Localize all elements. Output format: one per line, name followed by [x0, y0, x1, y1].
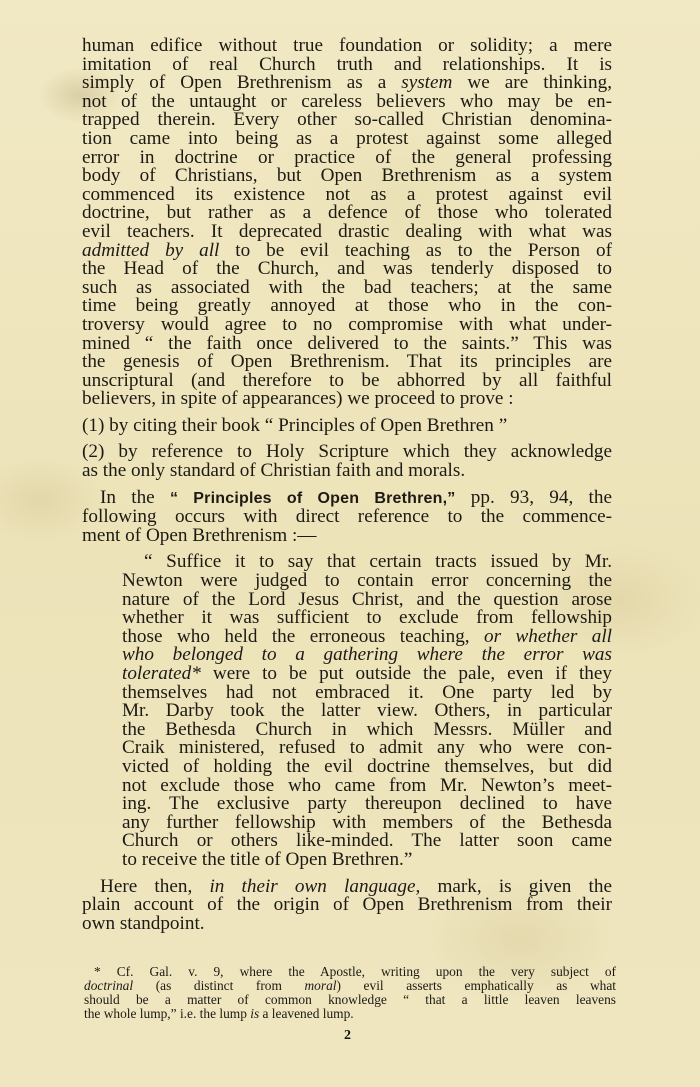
text-line: the Head of the Church, and was tenderly…	[82, 260, 612, 279]
text-line: Newton were judged to contain error conc…	[122, 572, 612, 591]
text-line: the whole lump,” i.e. the lump is a leav…	[84, 1007, 616, 1021]
text-line: believers, in spite of appearances) we p…	[82, 390, 612, 409]
text-line: as the only standard of Christian faith …	[82, 462, 612, 481]
text-line: ing. The exclusive party thereupon decli…	[122, 795, 612, 814]
list-item-2: (2) by reference to Holy Scripture which…	[82, 443, 612, 480]
text-line: own standpoint.	[82, 915, 612, 934]
page-number: 2	[344, 1028, 351, 1044]
scanned-page: human edifice without true foundation or…	[0, 0, 700, 1087]
body-text: human edifice without true foundation or…	[82, 37, 612, 933]
text-line: * Cf. Gal. v. 9, where the Apostle, writ…	[84, 965, 616, 979]
text-line: plain account of the origin of Open Bret…	[82, 896, 612, 915]
text-line: ment of Open Brethrenism :—	[82, 527, 612, 546]
text-line: tolerated* were to be put outside the pa…	[122, 665, 612, 684]
paragraph-intro: human edifice without true foundation or…	[82, 37, 612, 409]
paragraph-conclusion: Here then, in their own language, mark, …	[82, 878, 612, 934]
paragraph-citation-intro: In the “ Principles of Open Brethren,” p…	[82, 489, 612, 546]
text-line: (1) by citing their book “ Principles of…	[82, 417, 612, 436]
footnote: * Cf. Gal. v. 9, where the Apostle, writ…	[84, 965, 616, 1021]
text-line: to receive the title of Open Brethren.”	[122, 851, 612, 870]
block-quote: “ Suffice it to say that certain tracts …	[122, 553, 612, 869]
text-line: simply of Open Brethrenism as a system w…	[82, 74, 612, 93]
text-line: victed of holding the evil doctrine them…	[122, 758, 612, 777]
text-line: the genesis of Open Brethrenism. That it…	[82, 353, 612, 372]
text-line: tion came into being as a protest agains…	[82, 130, 612, 149]
list-item-1: (1) by citing their book “ Principles of…	[82, 417, 612, 436]
text-line: doctrinal (as distinct from moral) evil …	[84, 979, 616, 993]
text-line: body of Christians, but Open Brethrenism…	[82, 167, 612, 186]
text-line: troversy would agree to no compromise wi…	[82, 316, 612, 335]
text-line: Mr. Darby took the latter view. Others, …	[122, 702, 612, 721]
text-line: should be a matter of common knowledge “…	[84, 993, 616, 1007]
text-line: human edifice without true foundation or…	[82, 37, 612, 56]
